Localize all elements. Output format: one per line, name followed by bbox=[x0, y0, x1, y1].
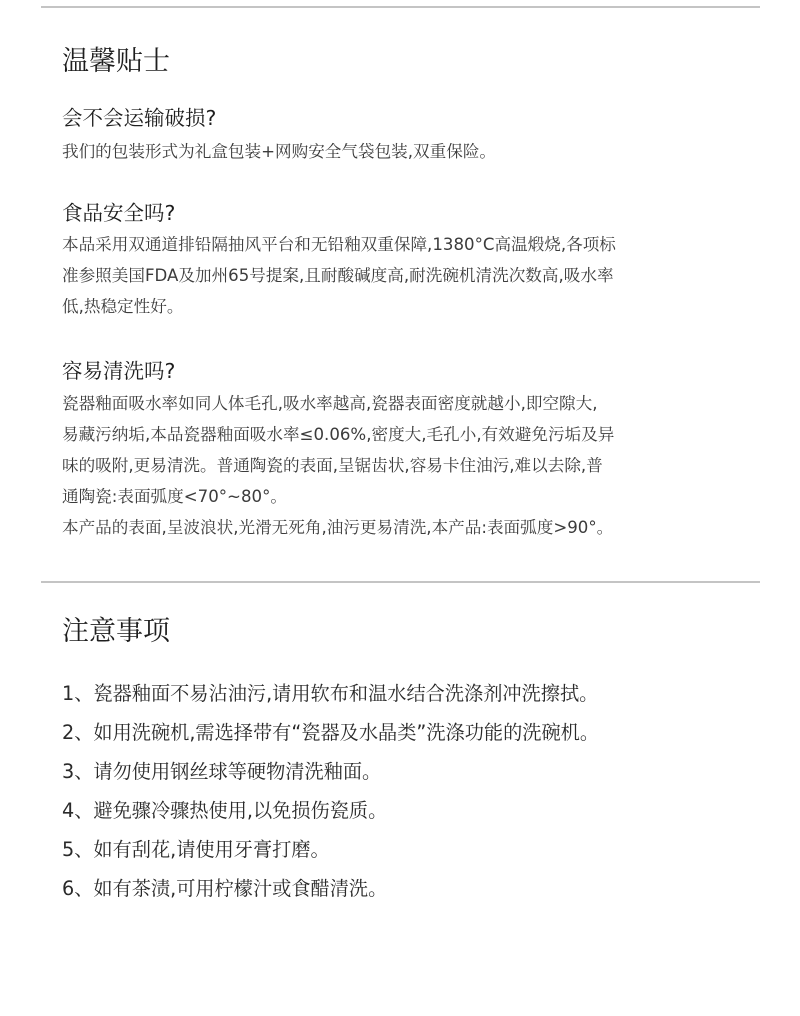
faq-question: 容易清洗吗? bbox=[62, 358, 175, 384]
answer-line: 本产品的表面,呈波浪状,光滑无死角,油污更易清洗,本产品:表面弧度>90°。 bbox=[62, 512, 614, 543]
notice-item: 5、如有刮花,请使用牙膏打磨。 bbox=[62, 830, 599, 869]
notice-item: 2、如用洗碗机,需选择带有“瓷器及水晶类”洗涤功能的洗碗机。 bbox=[62, 713, 599, 752]
answer-line: 我们的包装形式为礼盒包装+网购安全气袋包装,双重保险。 bbox=[62, 136, 496, 167]
tips-title: 温馨贴士 bbox=[62, 46, 170, 78]
notice-item: 3、请勿使用钢丝球等硬物清洗釉面。 bbox=[62, 752, 599, 791]
notice-item: 6、如有茶渍,可用柠檬汁或食醋清洗。 bbox=[62, 869, 599, 908]
answer-line: 味的吸附,更易清洗。普通陶瓷的表面,呈锯齿状,容易卡住油污,难以去除,普 bbox=[62, 450, 614, 481]
answer-line: 准参照美国FDA及加州65号提案,且耐酸碱度高,耐洗碗机清洗次数高,吸水率 bbox=[62, 260, 616, 291]
answer-line: 通陶瓷:表面弧度<70°~80°。 bbox=[62, 481, 614, 512]
faq-question: 会不会运输破损? bbox=[62, 105, 216, 131]
faq-question: 食品安全吗? bbox=[62, 200, 175, 226]
answer-line: 本品采用双通道排铅隔抽风平台和无铅釉双重保障,1380°C高温煅烧,各项标 bbox=[62, 229, 616, 260]
faq-answer: 我们的包装形式为礼盒包装+网购安全气袋包装,双重保险。 bbox=[62, 136, 496, 167]
answer-line: 低,热稳定性好。 bbox=[62, 291, 616, 322]
notice-item: 4、避免骤冷骤热使用,以免损伤瓷质。 bbox=[62, 791, 599, 830]
answer-line: 易藏污纳垢,本品瓷器釉面吸水率≤0.06%,密度大,毛孔小,有效避免污垢及异 bbox=[62, 419, 614, 450]
faq-answer: 本品采用双通道排铅隔抽风平台和无铅釉双重保障,1380°C高温煅烧,各项标 准参… bbox=[62, 229, 616, 322]
notice-item: 1、瓷器釉面不易沾油污,请用软布和温水结合洗涤剂冲洗擦拭。 bbox=[62, 674, 599, 713]
notice-title: 注意事项 bbox=[62, 616, 170, 648]
notice-list: 1、瓷器釉面不易沾油污,请用软布和温水结合洗涤剂冲洗擦拭。 2、如用洗碗机,需选… bbox=[62, 674, 599, 908]
faq-answer: 瓷器釉面吸水率如同人体毛孔,吸水率越高,瓷器表面密度就越小,即空隙大, 易藏污纳… bbox=[62, 388, 614, 543]
top-divider bbox=[41, 6, 760, 8]
section-divider bbox=[41, 581, 760, 583]
answer-line: 瓷器釉面吸水率如同人体毛孔,吸水率越高,瓷器表面密度就越小,即空隙大, bbox=[62, 388, 614, 419]
